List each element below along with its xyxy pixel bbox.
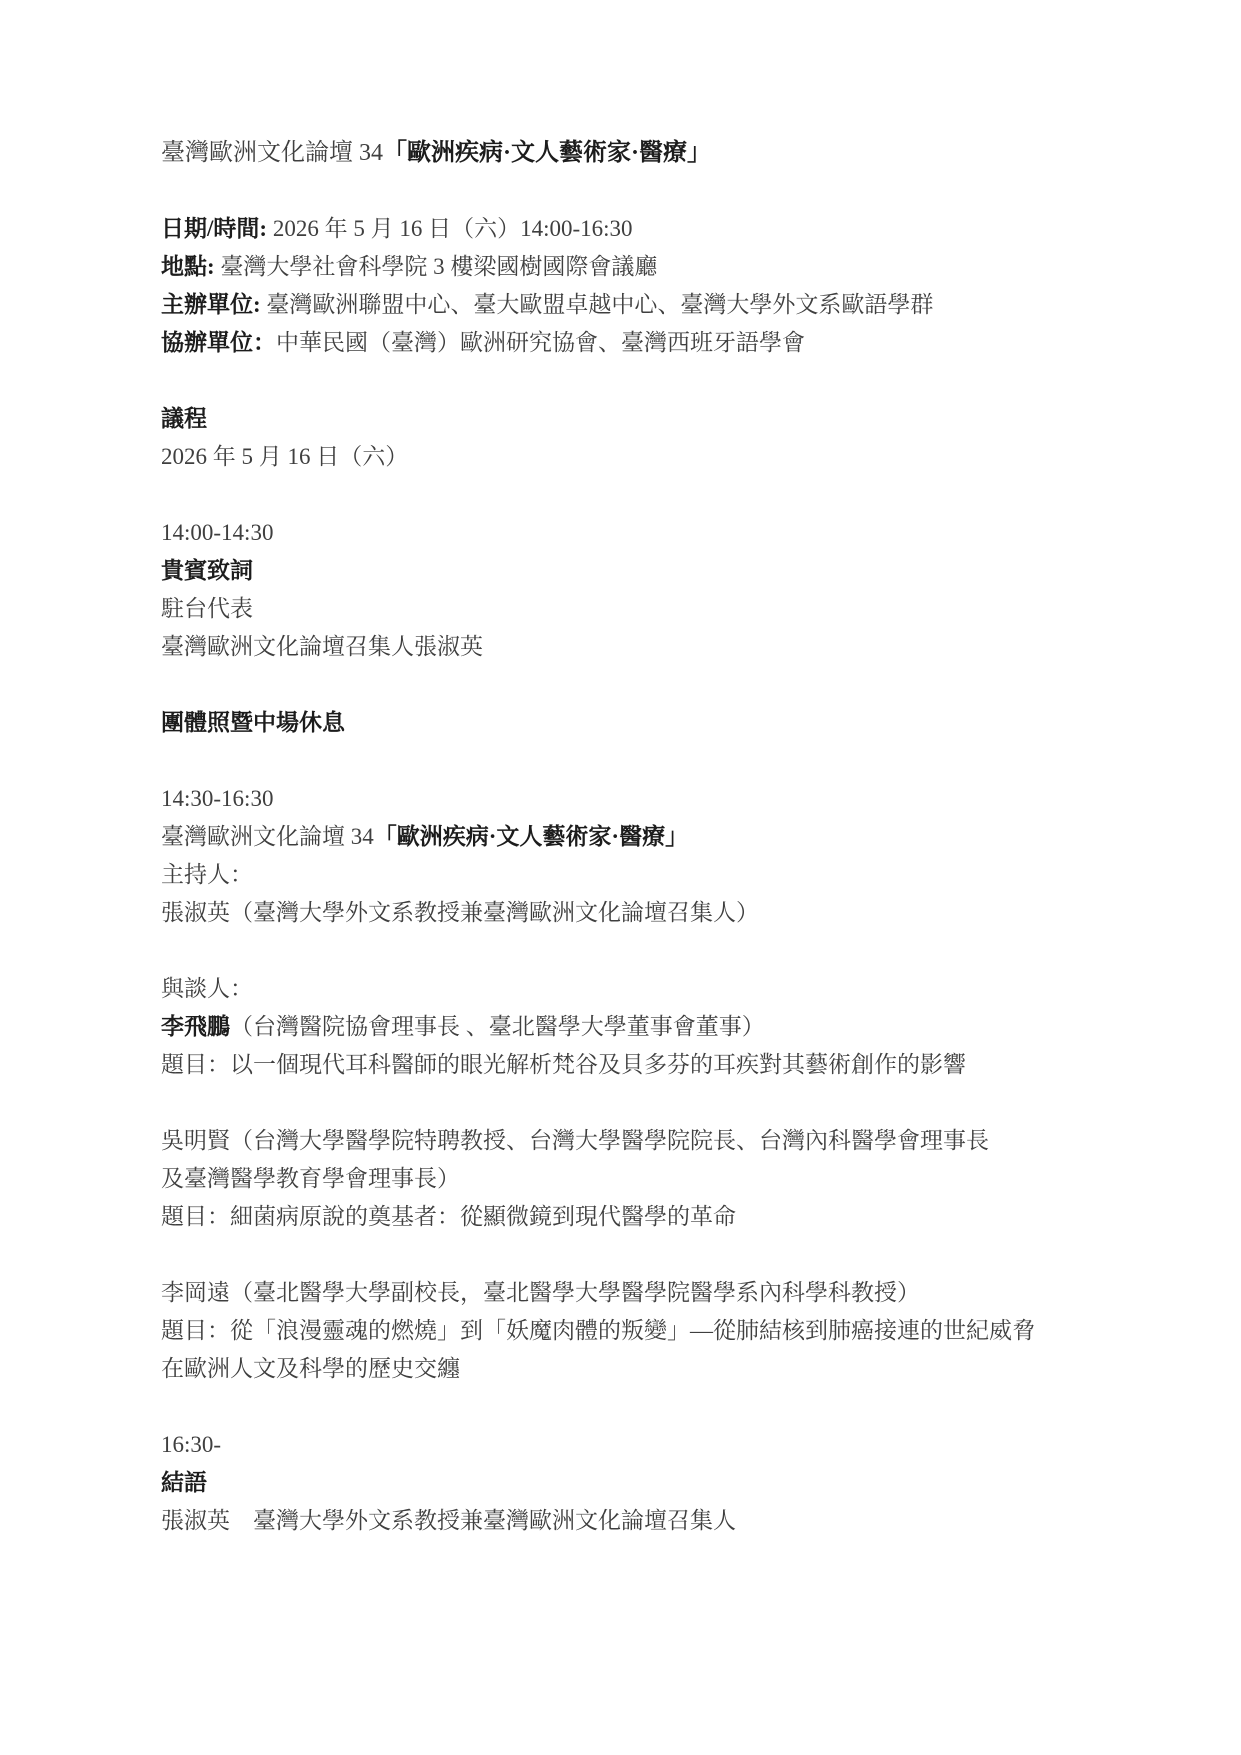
- meta-separator: :: [259, 216, 272, 241]
- session-closing-time: 16:30-: [161, 1426, 1131, 1464]
- panelists-label: 與談人：: [161, 970, 1131, 1008]
- panelist-3-line: 李岡遠（臺北醫學大學副校長，臺北醫學大學醫學院醫學系內科學科教授）: [161, 1274, 1131, 1312]
- panelist-2-line-2: 及臺灣醫學教育學會理事長）: [161, 1160, 1131, 1198]
- session-forum-time: 14:30-16:30: [161, 780, 1131, 818]
- meta-separator: ：: [253, 330, 276, 355]
- panelist-1-line: 李飛鵬（台灣醫院協會理事長 、臺北醫學大學董事會董事）: [161, 1008, 1131, 1046]
- session-opening: 14:00-14:30 貴賓致詞 駐台代表 臺灣歐洲文化論壇召集人張淑英: [161, 514, 1131, 666]
- document-title-prefix: 臺灣歐洲文化論壇 34: [161, 140, 383, 166]
- meta-label-datetime: 日期/時間: [161, 216, 259, 241]
- meta-label-coorganizer: 協辦單位: [161, 330, 253, 355]
- meta-row-location: 地點: 臺灣大學社會科學院 3 樓梁國樹國際會議廳: [161, 248, 1131, 286]
- session-opening-time: 14:00-14:30: [161, 514, 1131, 552]
- moderator-label: 主持人：: [161, 856, 1131, 894]
- meta-row-organizer: 主辦單位: 臺灣歐洲聯盟中心、臺大歐盟卓越中心、臺灣大學外文系歐語學群: [161, 286, 1131, 324]
- session-forum-title-highlight: 「歐洲疾病·文人藝術家·醫療」: [374, 824, 688, 849]
- meta-separator: :: [253, 292, 266, 317]
- moderator-line: 張淑英（臺灣大學外文系教授兼臺灣歐洲文化論壇召集人）: [161, 894, 1131, 932]
- session-forum-title-prefix: 臺灣歐洲文化論壇 34: [161, 824, 374, 849]
- meta-value-datetime: 2026 年 5 月 16 日（六）14:00-16:30: [273, 216, 633, 241]
- session-opening-title: 貴賓致詞: [161, 552, 1131, 590]
- meta-row-coorganizer: 協辦單位：中華民國（臺灣）歐洲研究協會、臺灣西班牙語學會: [161, 324, 1131, 362]
- session-closing-speaker: 張淑英 臺灣大學外文系教授兼臺灣歐洲文化論壇召集人: [161, 1502, 1131, 1540]
- panelist-1-topic: 題目：以一個現代耳科醫師的眼光解析梵谷及貝多芬的耳疾對其藝術創作的影響: [161, 1046, 1131, 1084]
- meta-label-location: 地點: [161, 254, 207, 279]
- meta-row-datetime: 日期/時間: 2026 年 5 月 16 日（六）14:00-16:30: [161, 210, 1131, 248]
- document-title-highlight: 「歐洲疾病·文人藝術家·醫療」: [383, 140, 711, 166]
- document-page: 臺灣歐洲文化論壇 34「歐洲疾病·文人藝術家·醫療」 日期/時間: 2026 年…: [0, 0, 1241, 1755]
- agenda-section: 議程 2026 年 5 月 16 日（六）: [161, 400, 1131, 476]
- document-title: 臺灣歐洲文化論壇 34「歐洲疾病·文人藝術家·醫療」: [161, 134, 1131, 172]
- panelist-block-3: 李岡遠（臺北醫學大學副校長，臺北醫學大學醫學院醫學系內科學科教授） 題目：從「浪…: [161, 1274, 1131, 1388]
- panelist-3-topic-line-1: 題目：從「浪漫靈魂的燃燒」到「妖魔肉體的叛變」—從肺結核到肺癌接連的世紀威脅: [161, 1312, 1131, 1350]
- panelist-block-2: 吳明賢（台灣大學醫學院特聘教授、台灣大學醫學院院長、台灣內科醫學會理事長 及臺灣…: [161, 1122, 1131, 1236]
- panelist-block-1: 與談人： 李飛鵬（台灣醫院協會理事長 、臺北醫學大學董事會董事） 題目：以一個現…: [161, 970, 1131, 1084]
- meta-value-organizer: 臺灣歐洲聯盟中心、臺大歐盟卓越中心、臺灣大學外文系歐語學群: [266, 292, 933, 317]
- event-meta: 日期/時間: 2026 年 5 月 16 日（六）14:00-16:30 地點:…: [161, 210, 1131, 362]
- panelist-1-affiliation: （台灣醫院協會理事長 、臺北醫學大學董事會董事）: [230, 1014, 765, 1039]
- meta-value-coorganizer: 中華民國（臺灣）歐洲研究協會、臺灣西班牙語學會: [276, 330, 805, 355]
- session-forum-title: 臺灣歐洲文化論壇 34「歐洲疾病·文人藝術家·醫療」: [161, 818, 1131, 856]
- session-opening-speaker-1: 駐台代表: [161, 590, 1131, 628]
- agenda-date: 2026 年 5 月 16 日（六）: [161, 438, 1131, 476]
- session-forum: 14:30-16:30 臺灣歐洲文化論壇 34「歐洲疾病·文人藝術家·醫療」 主…: [161, 780, 1131, 932]
- session-closing-title: 結語: [161, 1464, 1131, 1502]
- session-closing: 16:30- 結語 張淑英 臺灣大學外文系教授兼臺灣歐洲文化論壇召集人: [161, 1426, 1131, 1540]
- meta-value-location: 臺灣大學社會科學院 3 樓梁國樹國際會議廳: [220, 254, 657, 279]
- panelist-2-topic: 題目：細菌病原說的奠基者：從顯微鏡到現代醫學的革命: [161, 1198, 1131, 1236]
- session-break-title: 團體照暨中場休息: [161, 704, 1131, 742]
- meta-separator: :: [207, 254, 220, 279]
- meta-label-organizer: 主辦單位: [161, 292, 253, 317]
- session-break: 團體照暨中場休息: [161, 704, 1131, 742]
- agenda-heading: 議程: [161, 400, 1131, 438]
- panelist-3-topic-line-2: 在歐洲人文及科學的歷史交纏: [161, 1350, 1131, 1388]
- session-opening-speaker-2: 臺灣歐洲文化論壇召集人張淑英: [161, 628, 1131, 666]
- panelist-1-name: 李飛鵬: [161, 1014, 230, 1039]
- panelist-2-line-1: 吳明賢（台灣大學醫學院特聘教授、台灣大學醫學院院長、台灣內科醫學會理事長: [161, 1122, 1131, 1160]
